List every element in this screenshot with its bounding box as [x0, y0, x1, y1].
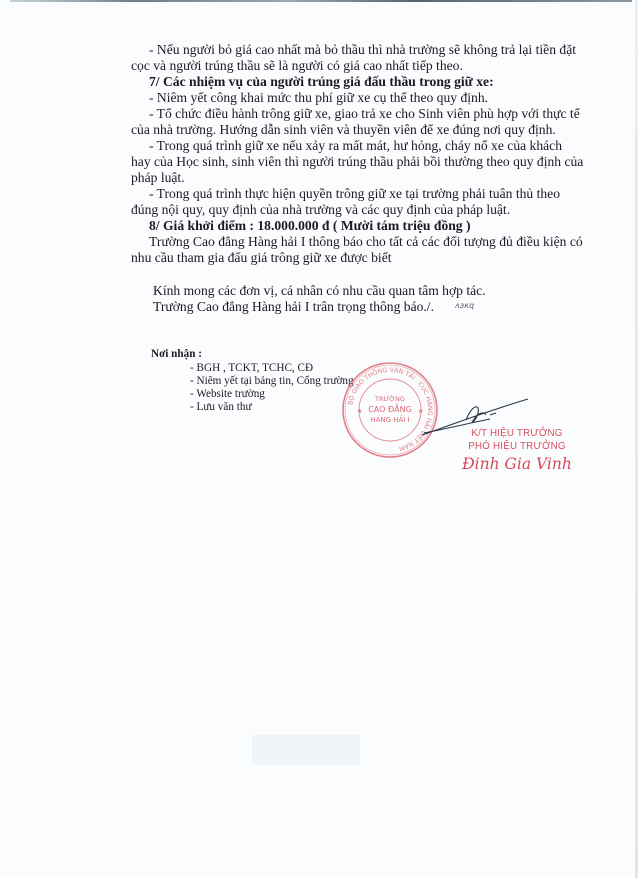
recipient-item: - Niêm yết tại bảng tin, Cổng trường — [190, 375, 354, 388]
recipient-item: - BGH , TCKT, TCHC, CĐ — [190, 362, 313, 375]
body-line: - Niêm yết công khai mức thu phí giữ xe … — [149, 90, 488, 106]
recipients-heading: Nơi nhận : — [151, 348, 202, 361]
recipient-item: - Lưu văn thư — [190, 401, 252, 414]
svg-text:HÀNG HẢI I: HÀNG HẢI I — [370, 415, 409, 424]
signature-block: K/T HIỆU TRƯỞNG PHÓ HIỆU TRƯỞNG Đinh Gia… — [452, 427, 582, 474]
body-line: đúng nội quy, quy định của nhà trường và… — [131, 202, 510, 218]
closing-line: Trường Cao đẳng Hàng hải I trân trọng th… — [153, 299, 434, 315]
svg-text:CAO ĐẲNG: CAO ĐẲNG — [368, 402, 412, 414]
body-line: Trường Cao đẳng Hàng hải I thông báo cho… — [149, 234, 482, 250]
body-line: nhu cầu tham gia đấu giá trông giữ xe đư… — [131, 250, 392, 266]
signer-name: Đinh Gia Vinh — [452, 454, 582, 474]
body-line: - Trong quá trình giữ xe nếu xảy ra mất … — [149, 138, 482, 154]
document-page: - Nếu người bỏ giá cao nhất mà bỏ thầu t… — [0, 0, 638, 878]
section-heading-7: 7/ Các nhiệm vụ của người trúng giá đấu … — [149, 74, 494, 90]
body-line: - Nếu người bỏ giá cao nhất mà bỏ thầu t… — [149, 42, 482, 58]
svg-text:★: ★ — [357, 408, 362, 415]
body-line: pháp luật. — [131, 170, 185, 186]
signer-position: K/T HIỆU TRƯỞNG — [452, 427, 582, 440]
signer-title: PHÓ HIỆU TRƯỞNG — [452, 440, 582, 453]
body-line: - Tổ chức điều hành trông giữ xe, giao t… — [149, 106, 482, 122]
closing-line: Kính mong các đơn vị, cá nhân có nhu cầu… — [153, 283, 486, 299]
body-line: hay của Học sinh, sinh viên thì người tr… — [131, 154, 482, 170]
body-line: cọc và người trúng thầu sẽ là người có g… — [131, 58, 463, 74]
recipient-item: - Website trường — [190, 388, 265, 401]
body-line: - Trong quá trình thực hiện quyền trông … — [149, 186, 482, 202]
body-line: của nhà trường. Hướng dẫn sinh viên và t… — [131, 122, 556, 138]
svg-text:TRƯỜNG: TRƯỜNG — [374, 394, 405, 403]
section-heading-8: 8/ Giá khởi điểm : 18.000.000 đ ( Mười t… — [149, 218, 471, 234]
initials-mark: ʌɜкɋ — [455, 301, 474, 310]
